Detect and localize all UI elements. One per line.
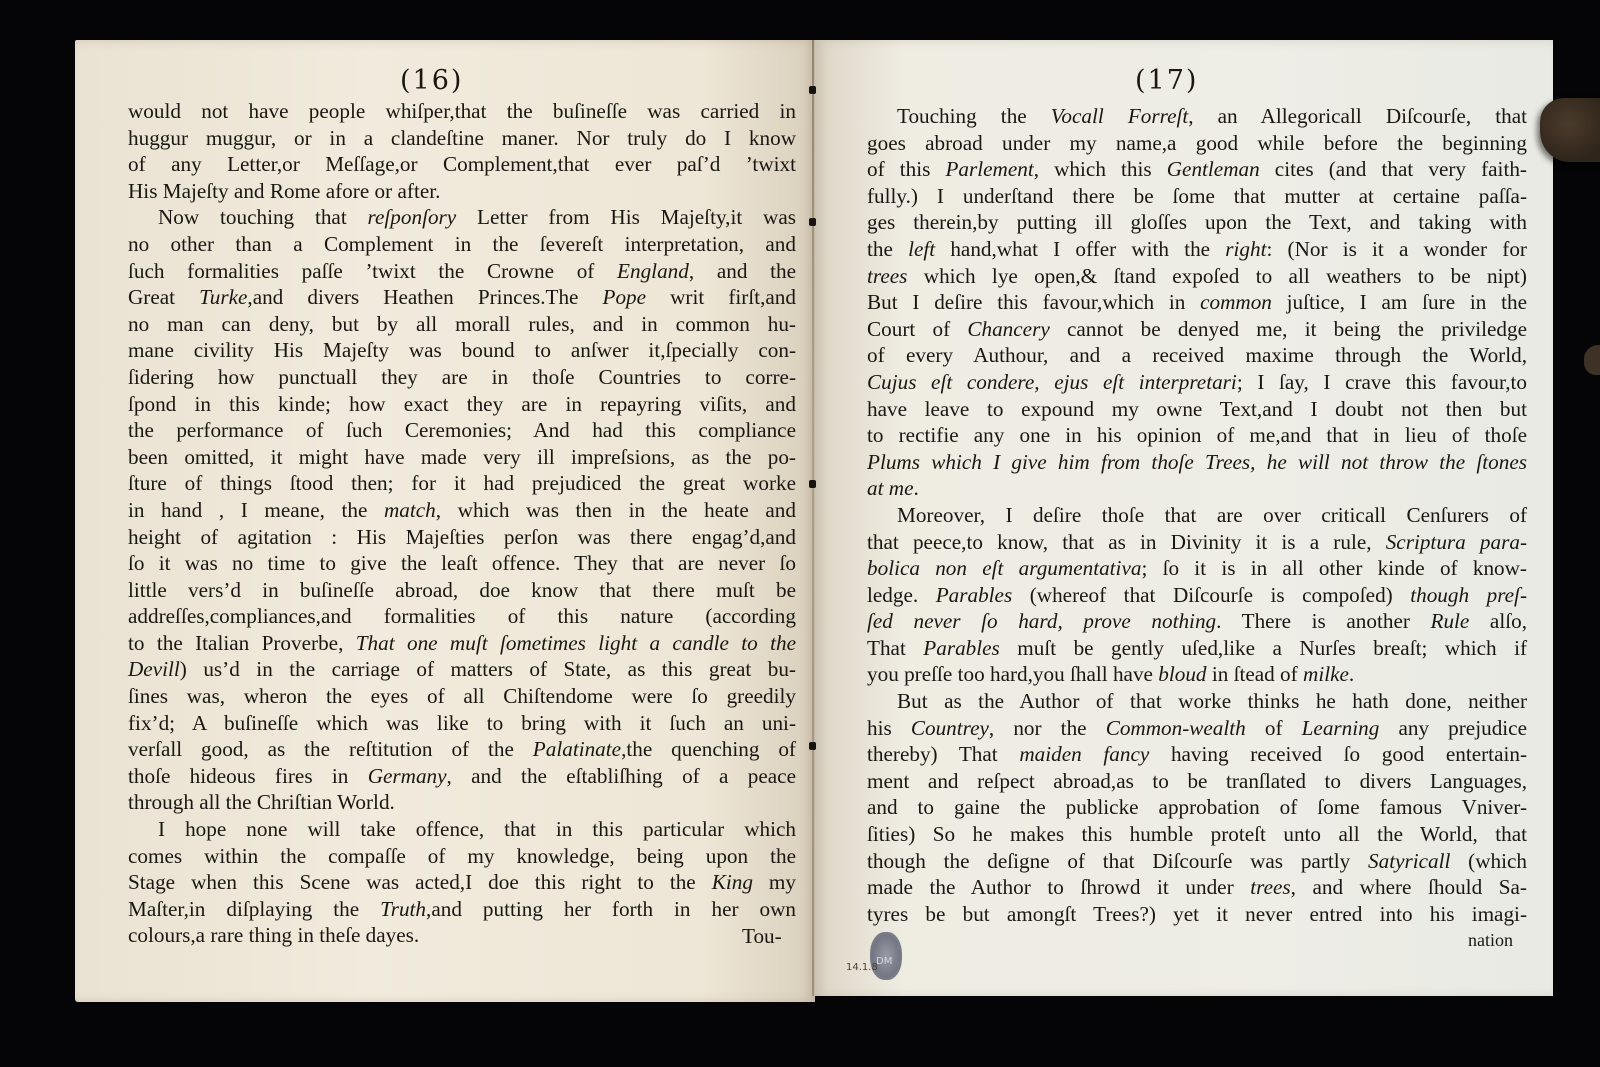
text-line: Court of Chancery cannot be denyed me, i…	[867, 316, 1527, 343]
text-line: mane civility His Majeſty was bound to a…	[128, 337, 796, 364]
text-line: trees which lye open,& ſtand expoſed to …	[867, 263, 1527, 290]
right-catchword: nation	[1468, 930, 1513, 951]
left-catchword: Tou-	[742, 924, 782, 949]
text-line: to rectifie any one in his opinion of me…	[867, 422, 1527, 449]
book-gutter	[812, 40, 814, 996]
right-page: (17) Touching the Vocall Forreſt, an All…	[815, 40, 1553, 996]
page-clip-edge	[1584, 345, 1600, 375]
text-line: I hope none will take offence, that in t…	[128, 816, 796, 843]
text-line: in hand , I meane, the match, which was …	[128, 497, 796, 524]
text-line: Moreover, I deſire thoſe that are over c…	[867, 502, 1527, 529]
binding-stitch	[809, 742, 816, 750]
text-line: thereby) That maiden fancy having receiv…	[867, 741, 1527, 768]
text-line: huggur muggur, or in a clandeſtine maner…	[128, 125, 796, 152]
text-line: made the Author to ſhrowd it under trees…	[867, 874, 1527, 901]
text-line: ſo it was no time to give the leaſt offe…	[128, 550, 796, 577]
text-line: and to gaine the publicke approbation of…	[867, 794, 1527, 821]
text-line: ſities) So he makes this humble proteſt …	[867, 821, 1527, 848]
text-line: goes abroad under my name,a good while b…	[867, 130, 1527, 157]
text-line: ſidering how punctuall they are in thoſe…	[128, 364, 796, 391]
text-line: of this Parlement, which this Gentleman …	[867, 156, 1527, 183]
text-line: his Countrey, nor the Common-wealth of L…	[867, 715, 1527, 742]
left-page-text: would not have people whiſper,that the b…	[128, 98, 796, 949]
text-line: that peece,to know, that as in Divinity …	[867, 529, 1527, 556]
text-line: Devill) us’d in the carriage of matters …	[128, 656, 796, 683]
text-line: ſines was, wheron the eyes of all Chiſte…	[128, 683, 796, 710]
text-line: Great Turke,and divers Heathen Princes.T…	[128, 284, 796, 311]
text-line: you preſſe too hard,you ſhall have bloud…	[867, 661, 1527, 688]
page-number-17: (17)	[1135, 65, 1198, 96]
text-line: ges therein,by putting ill gloſſes upon …	[867, 209, 1527, 236]
text-line: height of agitation : His Majeſties perſ…	[128, 524, 796, 551]
text-line: colours,a rare thing in theſe dayes.	[128, 922, 796, 949]
text-line: Now touching that reſponſory Letter from…	[128, 204, 796, 231]
binding-stitch	[809, 480, 816, 488]
binding-stitch	[809, 86, 816, 94]
text-line: of any Letter,or Meſſage,or Complement,t…	[128, 151, 796, 178]
text-line: would not have people whiſper,that the b…	[128, 98, 796, 125]
text-line: Cujus eſt condere, ejus eſt interpretari…	[867, 369, 1527, 396]
library-stamp-label: DM	[876, 956, 892, 967]
text-line: ledge. Parables (whereof that Diſcourſe …	[867, 582, 1527, 609]
text-line: bolica non eſt argumentativa; ſo it is i…	[867, 555, 1527, 582]
text-line: Touching the Vocall Forreſt, an Allegori…	[867, 103, 1527, 130]
text-line: comes within the compaſſe of my knowledg…	[128, 843, 796, 870]
left-page: (16) would not have people whiſper,that …	[75, 40, 815, 1002]
page-number-16: (16)	[400, 65, 463, 96]
text-line: But as the Author of that worke thinks h…	[867, 688, 1527, 715]
text-line: no man can deny, but by all morall rules…	[128, 311, 796, 338]
text-line: the performance of ſuch Ceremonies; And …	[128, 417, 796, 444]
text-line: thoſe hideous fires in Germany, and the …	[128, 763, 796, 790]
right-page-text: Touching the Vocall Forreſt, an Allegori…	[867, 103, 1527, 927]
text-line: ſuch formalities paſſe ’twixt the Crowne…	[128, 258, 796, 285]
text-line: ment and reſpect abroad,as to be tranſla…	[867, 768, 1527, 795]
text-line: of every Authour, and a received maxime …	[867, 342, 1527, 369]
text-line: verſall good, as the reſtitution of the …	[128, 736, 796, 763]
text-line: That Parables muſt be gently uſed,like a…	[867, 635, 1527, 662]
text-line: ſpond in this kinde; how exact they are …	[128, 391, 796, 418]
text-line: through all the Chriſtian World.	[128, 789, 796, 816]
text-line: Plums which I give him from thoſe Trees,…	[867, 449, 1527, 476]
text-line: been omitted, it might have made very il…	[128, 444, 796, 471]
text-line: fully.) I underſtand there be ſome that …	[867, 183, 1527, 210]
text-line: have leave to expound my owne Text,and I…	[867, 396, 1527, 423]
text-line: though the deſigne of that Diſcourſe was…	[867, 848, 1527, 875]
text-line: fix’d; A buſineſſe which was like to bri…	[128, 710, 796, 737]
text-line: His Majeſty and Rome afore or after.	[128, 178, 796, 205]
text-line: ſture of things ſtood then; for it had p…	[128, 470, 796, 497]
text-line: the left hand,what I offer with the righ…	[867, 236, 1527, 263]
text-line: no other than a Complement in the ſevere…	[128, 231, 796, 258]
binding-stitch	[809, 218, 816, 226]
text-line: But I deſire this favour,which in common…	[867, 289, 1527, 316]
text-line: to the Italian Proverbe, That one muſt ſ…	[128, 630, 796, 657]
text-line: addreſſes,compliances,and formalities of…	[128, 603, 796, 630]
text-line: Maſter,in diſplaying the Truth,and putti…	[128, 896, 796, 923]
text-line: tyres be but amongſt Trees?) yet it neve…	[867, 901, 1527, 928]
text-line: ſed never ſo hard, prove nothing. There …	[867, 608, 1527, 635]
text-line: little vers’d in buſineſſe abroad, doe k…	[128, 577, 796, 604]
text-line: at me.	[867, 475, 1527, 502]
text-line: Stage when this Scene was acted,I doe th…	[128, 869, 796, 896]
page-clip-weight	[1540, 98, 1600, 162]
shelf-mark: 14.1.8	[846, 962, 878, 973]
